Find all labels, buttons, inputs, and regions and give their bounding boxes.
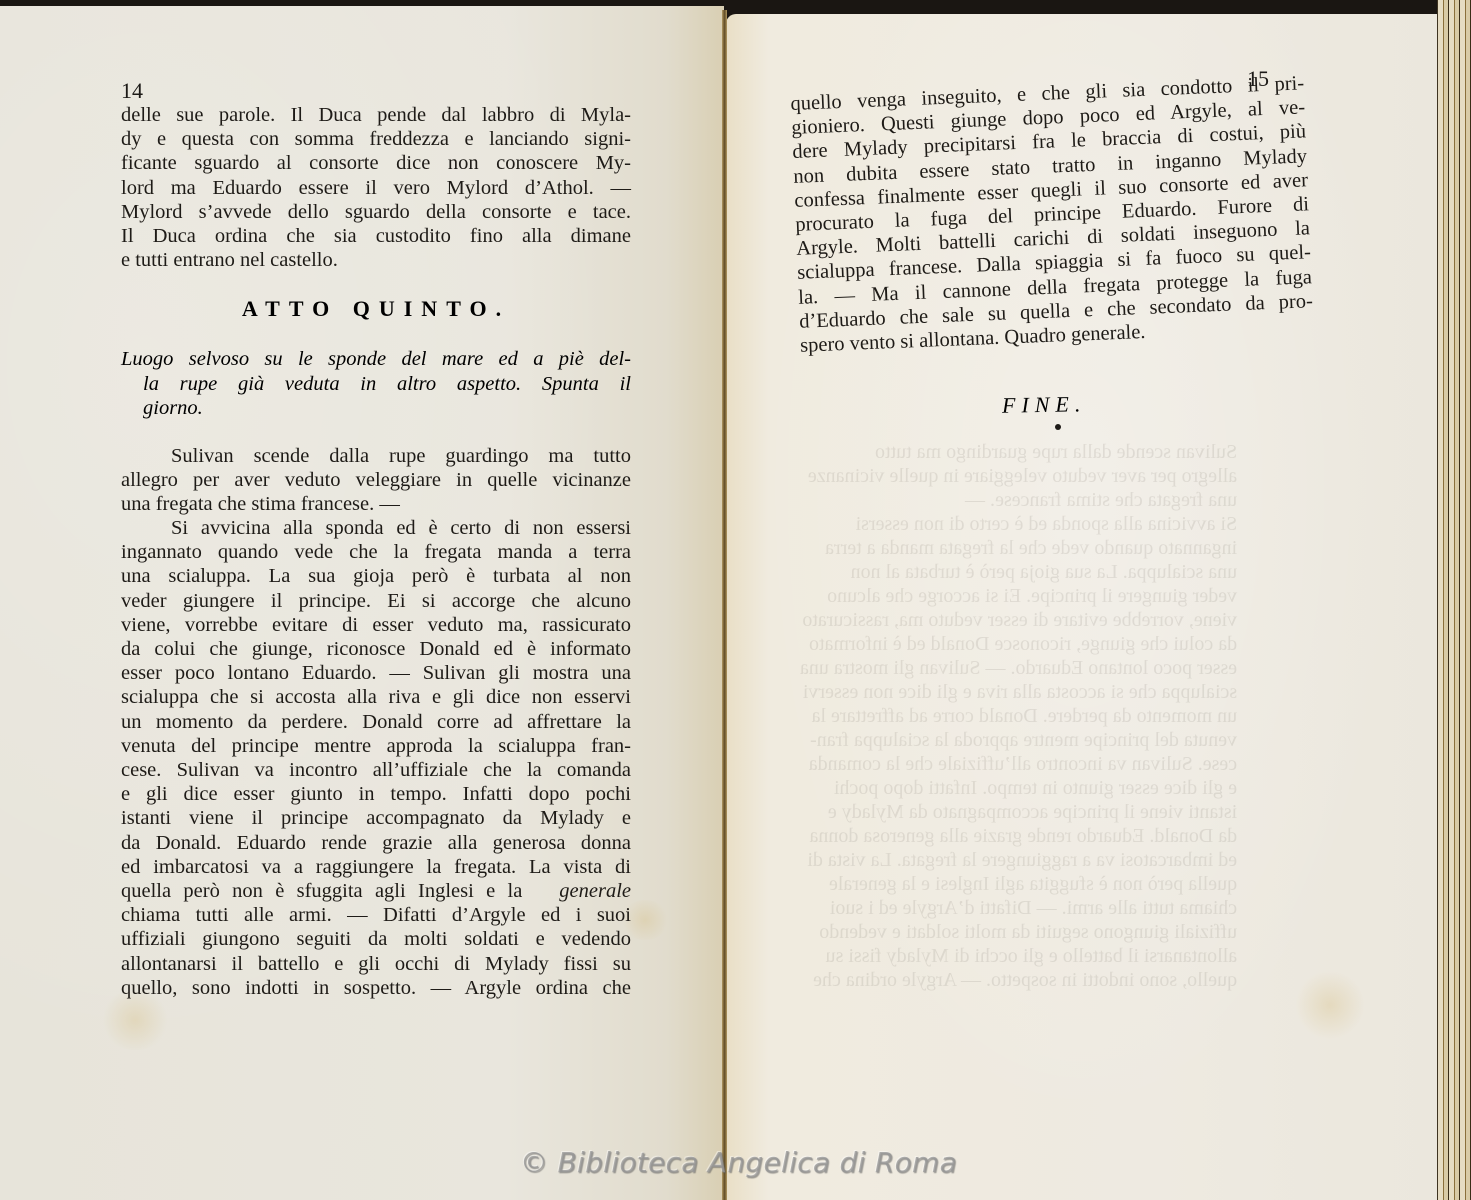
- text-line: cese. Sulivan va incontro all’uffiziale …: [121, 758, 631, 782]
- text-line: quello, sono indotti in sospetto. — Argy…: [121, 976, 631, 1000]
- text-line: uffiziali giungono seguiti da molti sold…: [121, 927, 631, 951]
- end-mark: FINE.: [1002, 391, 1087, 418]
- text-line: un momento da perdere. Donald corre ad a…: [121, 710, 631, 734]
- text-line: ficante sguardo al consorte dice non con…: [121, 151, 631, 175]
- opening-paragraph: delle sue parole. Il Duca pende dal labb…: [121, 103, 631, 272]
- text-line: viene, vorrebbe evitare di esser veduto …: [121, 613, 631, 637]
- text-line: la rupe già veduta in altro aspetto. Spu…: [121, 372, 631, 397]
- text-line: scialuppa che si accosta alla riva e gli…: [121, 685, 631, 709]
- text-line: istanti viene il principe accompagnato d…: [121, 806, 631, 830]
- text-line: lord ma Eduardo essere il vero Mylord d’…: [121, 176, 631, 200]
- text-line: ingannato quando vede che la fregata man…: [121, 540, 631, 564]
- act-title: ATTO QUINTO.: [121, 296, 631, 322]
- text-line: giorno.: [121, 396, 631, 421]
- text-line: allegro per aver veduto veleggiare in qu…: [121, 468, 631, 492]
- text-line: veder giungere il principe. Ei si accorg…: [121, 589, 631, 613]
- text-line: una scialuppa. La sua gioja però è turba…: [121, 564, 631, 588]
- text-line: chiama tutti alle armi. — Difatti d’Argy…: [121, 903, 631, 927]
- text-line: una fregata che stima francese. —: [121, 492, 631, 516]
- text-line: esser poco lontano Eduardo. — Sulivan gl…: [121, 661, 631, 685]
- paragraph-sulivan: Sulivan scende dalla rupe guardingo ma t…: [121, 444, 631, 517]
- paper-stain: [1295, 970, 1365, 1040]
- text-line: delle sue parole. Il Duca pende dal labb…: [121, 103, 631, 127]
- text-line: Mylord s’avvede dello sguardo della cons…: [121, 200, 631, 224]
- text-line: da colui che giunge, riconosce Donald ed…: [121, 637, 631, 661]
- text-line: ed imbarcatosi va a raggiungere la frega…: [121, 855, 631, 879]
- text-line: dy e questa con somma freddezza e lancia…: [121, 127, 631, 151]
- text-fragment: quella però non è sfuggita agli Inglesi …: [121, 880, 522, 902]
- text-line: da Donald. Eduardo rende grazie alla gen…: [121, 831, 631, 855]
- book-gutter: [722, 10, 727, 1200]
- text-line: Si avvicina alla sponda ed è certo di no…: [121, 516, 631, 540]
- text-line: Luogo selvoso su le sponde del mare ed a…: [121, 347, 631, 372]
- text-line: e tutti entrano nel castello.: [121, 248, 631, 272]
- text-line: Il Duca ordina che sia custodito fino al…: [121, 224, 631, 248]
- stage-direction: Luogo selvoso su le sponde del mare ed a…: [121, 347, 631, 421]
- end-ornament-dot: [1055, 424, 1061, 430]
- text-line: Sulivan scende dalla rupe guardingo ma t…: [121, 444, 631, 468]
- closing-paragraph: quello venga inseguito, e che gli sia co…: [790, 71, 1314, 358]
- text-line: venuta del principe mentre approda la sc…: [121, 734, 631, 758]
- copyright-watermark: © Biblioteca Angelica di Roma: [520, 1146, 957, 1179]
- italic-word: generale: [559, 880, 631, 902]
- page-edge-stack: [1438, 0, 1471, 1200]
- text-line: e gli dice esser giunto in tempo. Infatt…: [121, 782, 631, 806]
- paragraph-avvicina: Si avvicina alla sponda ed è certo di no…: [121, 516, 631, 1000]
- text-line: allontanarsi il battello e gli occhi di …: [121, 952, 631, 976]
- page-number-left: 14: [121, 78, 143, 104]
- text-line-with-italic: quella però non è sfuggita agli Inglesi …: [121, 879, 631, 903]
- book-spread: Sulivan scende dalla rupe guardingo ma t…: [0, 0, 1471, 1200]
